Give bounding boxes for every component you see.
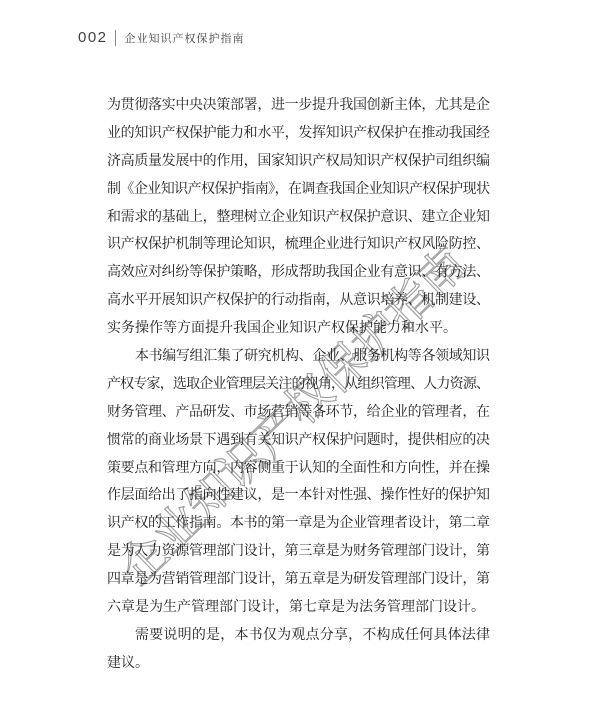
paragraph-line: 为贯彻落实中央决策部署，进一步提升我国创新主体，尤其是企 [107, 92, 490, 120]
paragraph-line: 和需求的基础上，整理树立企业知识产权保护意识、建立企业知 [107, 204, 490, 232]
paragraph-line: 高效应对纠纷等保护策略，形成帮助我国企业有意识、有方法、 [107, 259, 490, 287]
paragraph-line: 制《企业知识产权保护指南》，在调查我国企业知识产权保护现状 [107, 176, 490, 204]
paragraph-line: 高水平开展知识产权保护的行动指南，从意识培养、机制建设、 [107, 287, 490, 315]
body-text: 为贯彻落实中央决策部署，进一步提升我国创新主体，尤其是企 业的知识产权保护能力和… [107, 92, 490, 678]
paragraph-line: 实务操作等方面提升我国企业知识产权保护能力和水平。 [107, 315, 490, 343]
paragraph-line: 识产权保护机制等理论知识，梳理企业进行知识产权风险防控、 [107, 231, 490, 259]
book-page: 002 企业知识产权保护指南 企业知识产权保护指南 为贯彻落实中央决策部署，进一… [0, 0, 600, 721]
paragraph-line: 四章是为营销管理部门设计，第五章是为研发管理部门设计，第 [107, 566, 490, 594]
paragraph-line: 济高质量发展中的作用，国家知识产权局知识产权保护司组织编 [107, 148, 490, 176]
header-divider [115, 30, 116, 46]
running-head-book-title: 企业知识产权保护指南 [125, 30, 245, 46]
paragraph-line: 业的知识产权保护能力和水平，发挥知识产权保护在推动我国经 [107, 120, 490, 148]
page-header: 002 企业知识产权保护指南 [78, 29, 245, 46]
paragraph-line: 需要说明的是，本书仅为观点分享，不构成任何具体法律 [107, 622, 490, 650]
paragraph-line: 作层面给出了指向性建议，是一本针对性强、操作性好的保护知 [107, 482, 490, 510]
paragraph-line: 建议。 [107, 650, 490, 678]
paragraph-line: 财务管理、产品研发、市场营销等各环节，给企业的管理者，在 [107, 399, 490, 427]
paragraph-line: 产权专家，选取企业管理层关注的视角，从组织管理、人力资源、 [107, 371, 490, 399]
paragraph-line: 识产权的工作指南。本书的第一章是为企业管理者设计，第二章 [107, 510, 490, 538]
paragraph-line: 惯常的商业场景下遇到有关知识产权保护问题时，提供相应的决 [107, 427, 490, 455]
paragraph-line: 是为人力资源管理部门设计，第三章是为财务管理部门设计，第 [107, 538, 490, 566]
paragraph-line: 六章是为生产管理部门设计，第七章是为法务管理部门设计。 [107, 594, 490, 622]
paragraph-line: 策要点和管理方向，内容侧重于认知的全面性和方向性，并在操 [107, 455, 490, 483]
page-number: 002 [78, 29, 108, 46]
paragraph-line: 本书编写组汇集了研究机构、企业、服务机构等各领域知识 [107, 343, 490, 371]
